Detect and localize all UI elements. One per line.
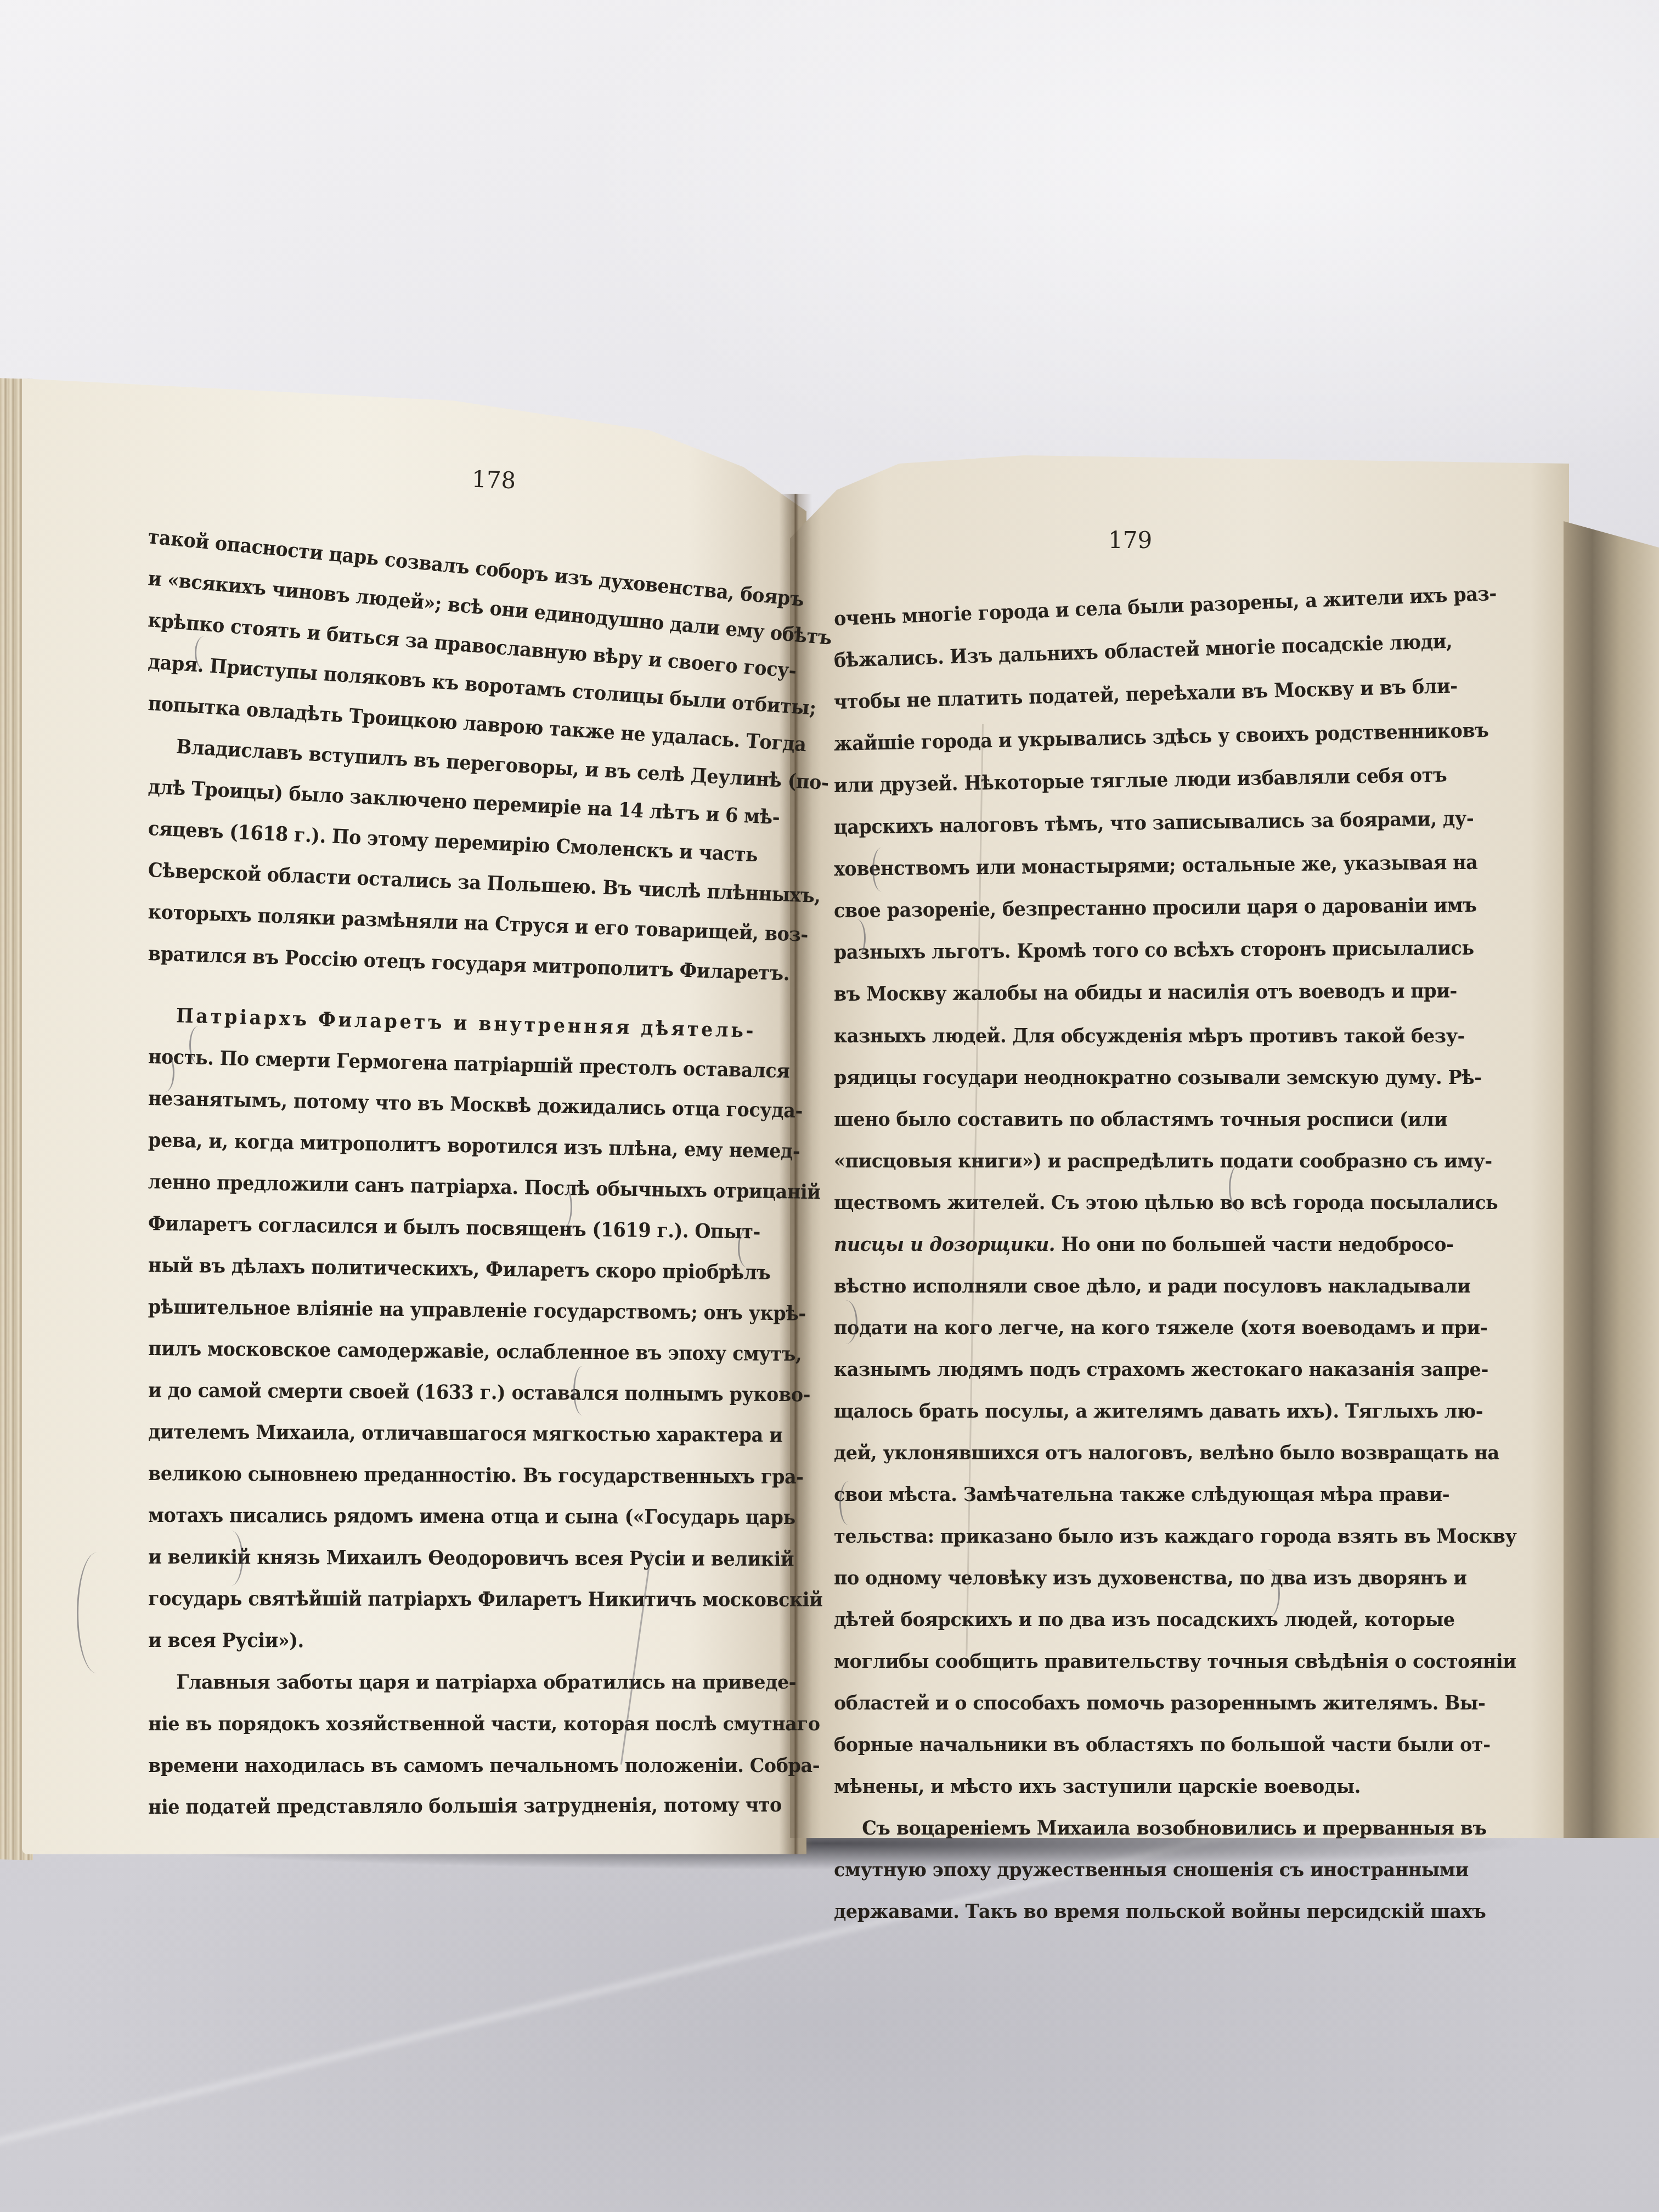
right-page-text: очень многіе города и села были разорены… [834, 598, 1564, 1932]
pencil-mark [839, 1481, 857, 1525]
text-line: ществомъ жителей. Съ этою цѣлью во всѣ г… [834, 1182, 1513, 1223]
text-line: моглибы сообщить правительству точныя св… [834, 1640, 1513, 1682]
text-line: шено было составить по областямъ точныя … [834, 1098, 1513, 1140]
pencil-mark [848, 919, 866, 957]
pencil-mark [554, 1185, 572, 1229]
text-line: царскихъ налоговъ тѣмъ, что записывались… [833, 797, 1513, 848]
text-line: Съ воцареніемъ Михаила возобновились и п… [834, 1807, 1513, 1849]
text-line: ніе податей представляло большія затрудн… [148, 1784, 751, 1828]
text-line: по одному человѣку изъ духовенства, по д… [834, 1557, 1513, 1599]
open-book: 178 такой опасности царь созвалъ соборъ … [0, 0, 1659, 2212]
text-line: дѣтей боярскихъ и по два изъ посадскихъ … [834, 1599, 1513, 1640]
text-line: казнымъ людямъ подъ страхомъ жестокаго н… [834, 1348, 1513, 1390]
left-page-text: такой опасности царь созвалъ соборъ изъ … [148, 516, 795, 1828]
text-line: пилъ московское самодержавіе, ослабленно… [148, 1328, 751, 1375]
pencil-mark [738, 1229, 756, 1267]
text-line: Главныя заботы царя и патріарха обратили… [148, 1661, 750, 1703]
text-line: тельства: приказано было изъ каждаго гор… [834, 1515, 1513, 1557]
text-line: мотахъ писались рядомъ имена отца и сына… [148, 1494, 751, 1538]
text-line: державами. Такъ во время польской войны … [834, 1891, 1513, 1932]
text-line: ніе въ порядокъ хозяйственной части, кот… [148, 1703, 750, 1745]
text-line: времени находилась въ самомъ печальномъ … [148, 1745, 750, 1786]
text-line: борные начальники въ областяхъ по большо… [834, 1724, 1513, 1765]
text-line: казныхъ людей. Для обсужденія мѣръ проти… [834, 1015, 1513, 1057]
pencil-mark [219, 1531, 243, 1585]
italic-phrase: писцы и дозорщики. [834, 1233, 1055, 1256]
pencil-mark [77, 1553, 117, 1673]
text-line: разныхъ льготъ. Кромѣ того со всѣхъ стор… [834, 927, 1513, 973]
right-page-edges [1564, 521, 1659, 1838]
text-line: и всея Русіи»). [148, 1620, 751, 1662]
text-line: подати на кого легче, на кого тяжеле (хо… [834, 1307, 1513, 1348]
text-line: дителемъ Михаила, отличавшагося мягкость… [148, 1411, 751, 1456]
pencil-mark [872, 848, 890, 891]
text-line-with-italic: писцы и дозорщики. Но они по большей час… [834, 1223, 1513, 1265]
pencil-mark [834, 1300, 857, 1344]
text-line: «писцовыя книги») и распредѣлить подати … [834, 1140, 1513, 1182]
text-line: государь святѣйшій патріархъ Филаретъ Ни… [148, 1578, 751, 1621]
text-line: свое разореніе, безпрестанно просили цар… [834, 884, 1513, 932]
text-line: великою сыновнею преданностію. Въ госуда… [148, 1453, 751, 1498]
text-line: областей и о способахъ помочь разоренным… [834, 1682, 1513, 1724]
text-line: и до самой смерти своей (1633 г.) остава… [148, 1369, 751, 1415]
text-line: въ Москву жалобы на обиды и насилія отъ … [834, 970, 1513, 1015]
text-line: смутную эпоху дружественныя сношенія съ … [834, 1849, 1513, 1891]
text-line: щалось брать посулы, а жителямъ давать и… [834, 1390, 1513, 1432]
text-line: свои мѣста. Замѣчательна также слѣдующая… [834, 1474, 1513, 1515]
text-line: рядицы государи неоднократно созывали зе… [834, 1057, 1513, 1098]
pencil-mark [195, 636, 213, 669]
pencil-mark [1229, 1163, 1252, 1212]
page-number-right: 179 [1108, 527, 1152, 554]
text-line-rest: Но они по большей части недобросо- [1055, 1233, 1454, 1256]
page-number-left: 178 [471, 466, 516, 494]
text-line: дей, уклонявшихся отъ налоговъ, велѣно б… [834, 1432, 1513, 1474]
text-line: вѣстно исполняли свое дѣло, и ради посул… [834, 1265, 1513, 1307]
pencil-mark [573, 1366, 591, 1415]
text-line: рѣшительное вліяніе на управленіе госуда… [148, 1286, 751, 1334]
text-line: мѣнены, и мѣсто ихъ заступили царскіе во… [834, 1765, 1513, 1807]
pencil-mark [189, 1026, 207, 1064]
text-line: ный въ дѣлахъ политическихъ, Филаретъ ск… [148, 1244, 751, 1293]
text-line: ховенствомъ или монастырями; остальные ж… [834, 841, 1513, 890]
pencil-mark [156, 1053, 174, 1092]
pencil-mark [1256, 1569, 1280, 1618]
